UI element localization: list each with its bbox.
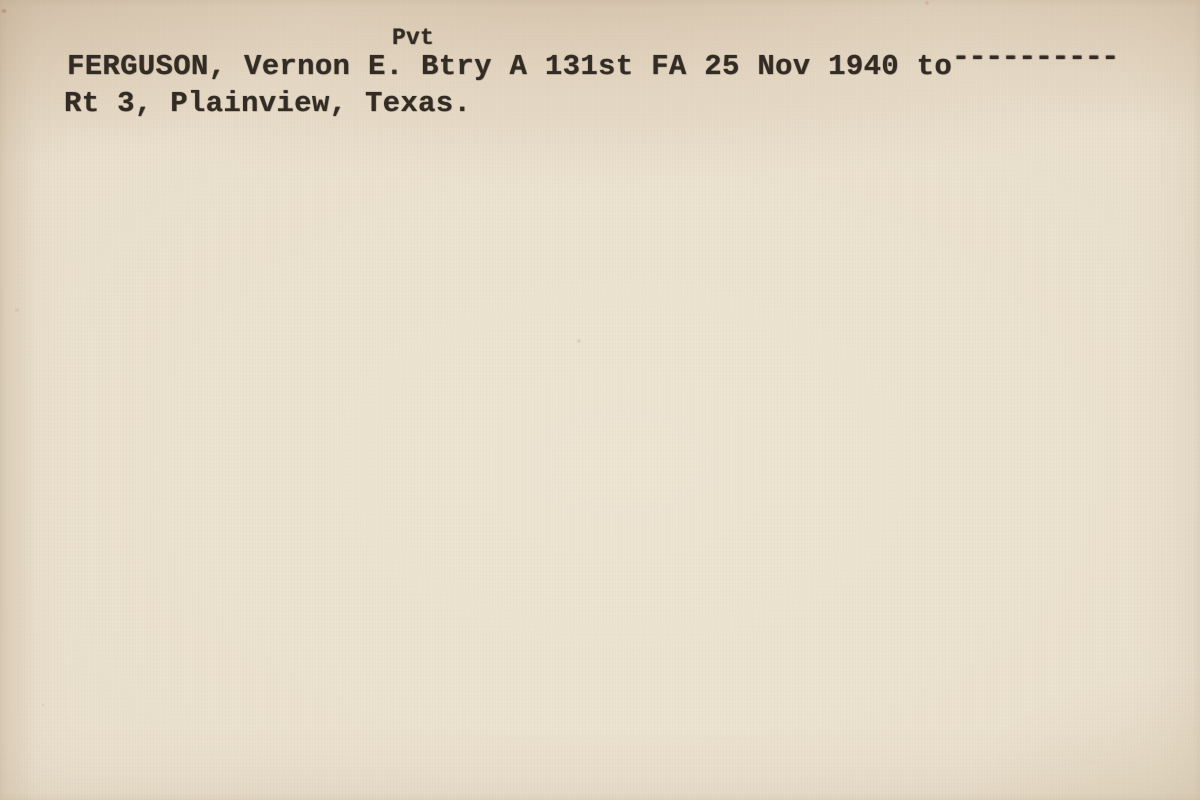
rank-superscript: Pvt <box>392 27 434 50</box>
service-record-line: Btry A 131st FA 25 Nov 1940 to <box>421 52 952 81</box>
blank-date-dashes: ---------- <box>952 43 1118 72</box>
soldier-name: FERGUSON, Vernon E. <box>67 52 403 81</box>
index-card: Pvt FERGUSON, Vernon E. Btry A 131st FA … <box>0 0 1200 800</box>
home-address: Rt 3, Plainview, Texas. <box>64 89 471 118</box>
